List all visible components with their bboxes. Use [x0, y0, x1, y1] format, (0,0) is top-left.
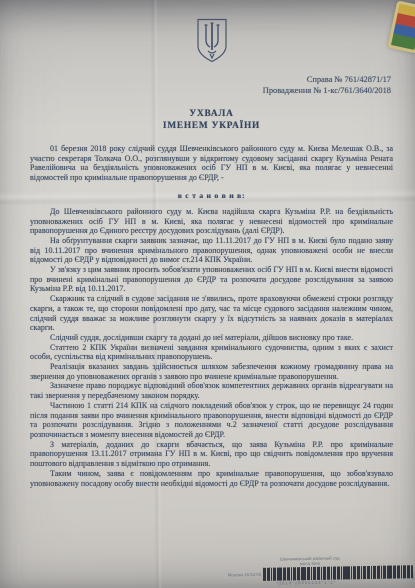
paragraph: З матеріалів, доданих до скарги вбачаєть…: [30, 440, 393, 469]
intro-paragraph: 01 березня 2018 року слідчий суддя Шевче…: [30, 144, 393, 183]
paragraph: До Шевченківського районного суду м. Киє…: [30, 207, 393, 236]
case-reference-block: Справа № 761/42871/17 Провадження № 1-кс…: [30, 74, 393, 96]
ukraine-trident-emblem-icon: [195, 18, 229, 64]
document-subtitle: ІМЕНЕМ УКРАЇНИ: [30, 121, 393, 133]
paragraph: Реалізація вказаних завдань здійснюється…: [30, 362, 393, 381]
case-number: Справа № 761/42871/17: [30, 74, 391, 85]
barcode-icon: [263, 565, 413, 581]
paragraph: Зазначене право породжує відповідний обо…: [30, 381, 393, 400]
document-title: УХВАЛА: [30, 109, 393, 121]
court-registration-stamp: Шевченківський районний суд місто Київ М…: [207, 554, 413, 587]
body-paragraphs: До Шевченківського районного суду м. Киє…: [30, 207, 393, 488]
proceeding-number: Провадження № 1-кс/761/3640/2018: [30, 85, 391, 96]
document-title-block: УХВАЛА ІМЕНЕМ УКРАЇНИ: [30, 109, 393, 132]
paragraph: У зв'язку з цим заявник просить зобов'яз…: [30, 265, 393, 294]
paragraph: Скаржник та слідчий в судове засідання н…: [30, 294, 393, 333]
document-photo: Справа № 761/42871/17 Провадження № 1-кс…: [0, 0, 415, 588]
document-content: Справа № 761/42871/17 Провадження № 1-кс…: [30, 10, 393, 488]
paragraph: Частиною 1 статті 214 КПК на слідчого по…: [30, 401, 393, 440]
paragraph: Статтею 2 КПК України визначені завдання…: [30, 343, 393, 362]
paragraph: Таким чином, заява є повідомленням про к…: [30, 469, 393, 488]
resolution-word: в с т а н о в и в:: [30, 191, 393, 200]
paragraph: На обґрунтування скарги заявник зазначає…: [30, 236, 393, 265]
paragraph: Слідчий суддя, дослідивши скаргу та дода…: [30, 333, 393, 343]
stamp-print-note: Моксим 16:52:05: [228, 572, 261, 578]
